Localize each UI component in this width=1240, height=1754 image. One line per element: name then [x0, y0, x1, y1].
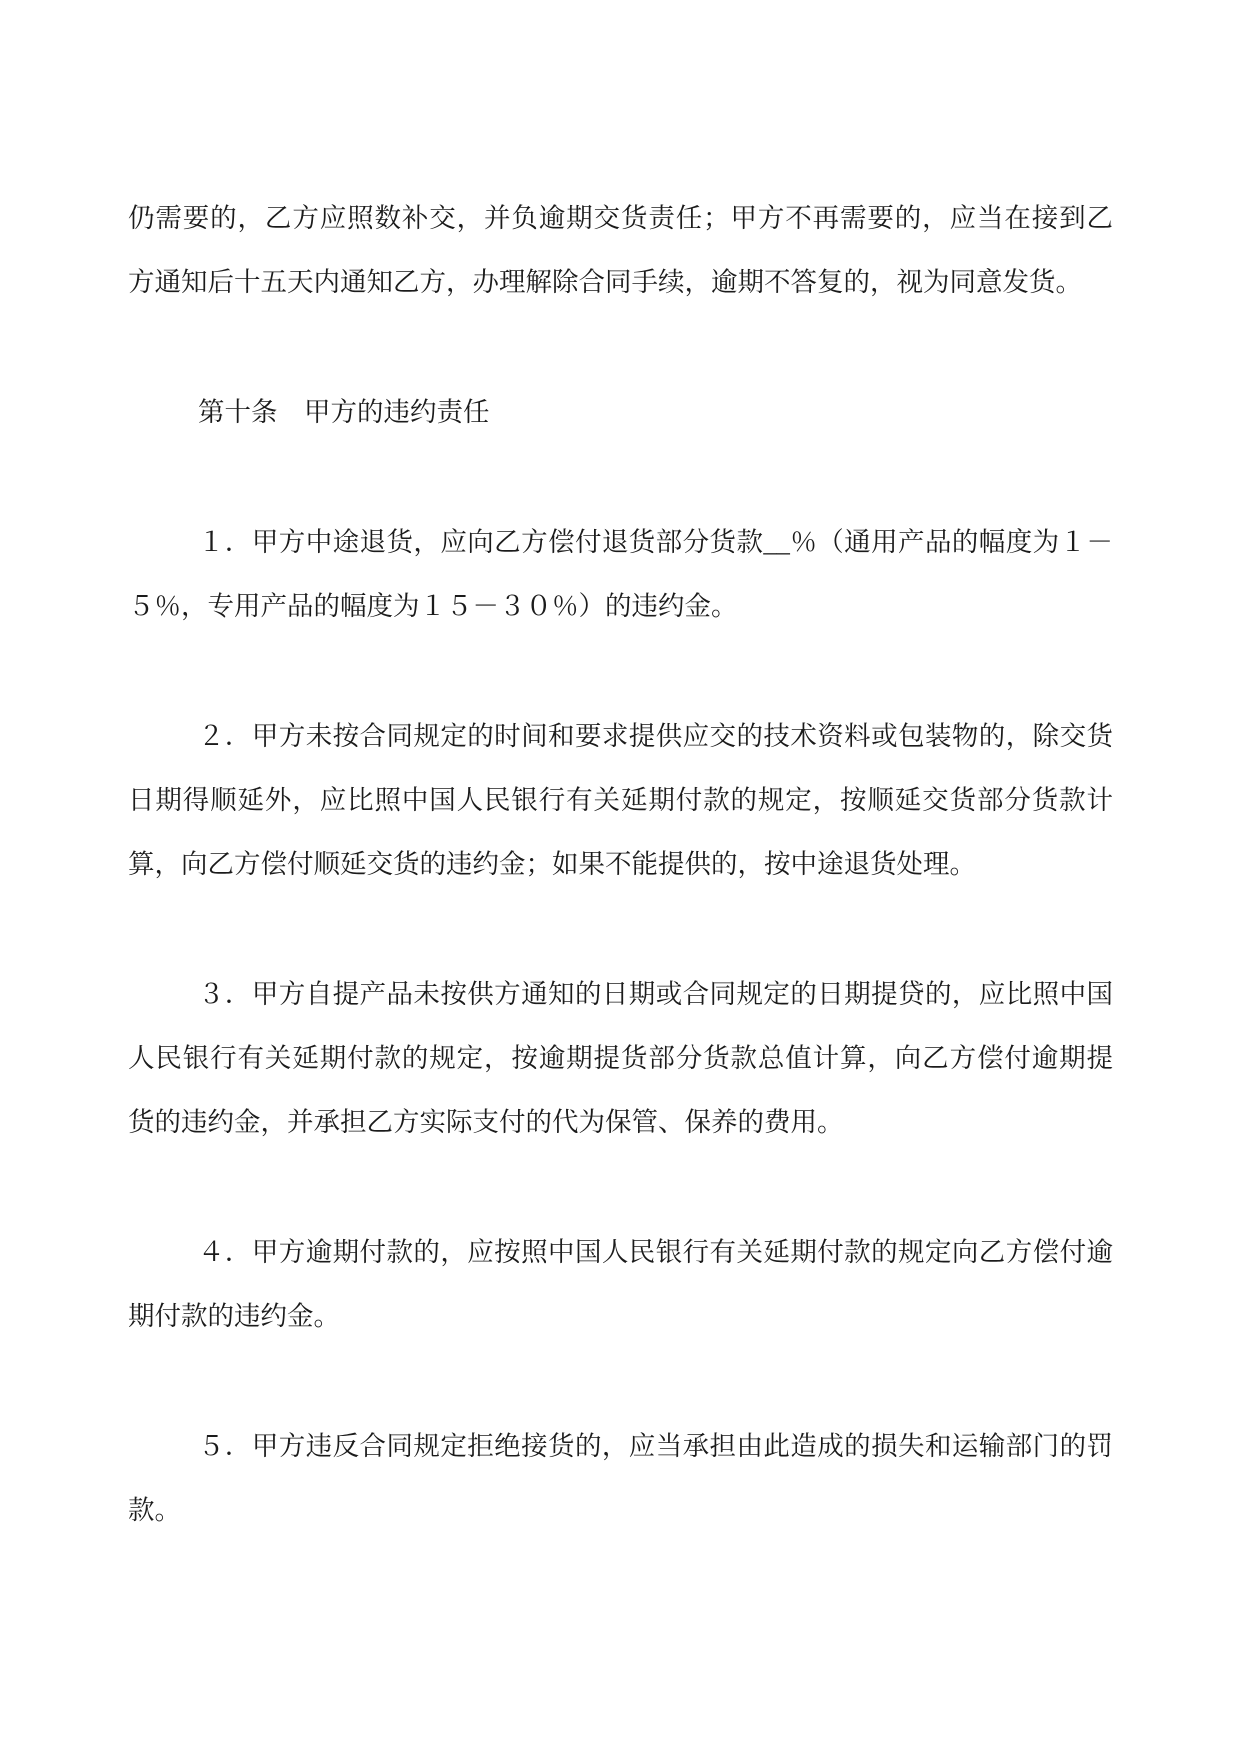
text-line: ２．甲方未按合同规定的时间和要求提供应交的技术资料或包装物的，除交货	[128, 704, 1113, 768]
text-line: 人民银行有关延期付款的规定，按逾期提货部分货款总值计算，向乙方偿付逾期提	[128, 1026, 1113, 1090]
text-line: 期付款的违约金。	[128, 1284, 1113, 1348]
text-line: 第十条 甲方的违约责任	[128, 380, 1113, 444]
clause-paragraph-4: ４．甲方逾期付款的，应按照中国人民银行有关延期付款的规定向乙方偿付逾期付款的违约…	[128, 1220, 1113, 1348]
clause-paragraph-1: １．甲方中途退货，应向乙方偿付退货部分货款__％（通用产品的幅度为１－５％，专用…	[128, 510, 1113, 638]
text-line: 算，向乙方偿付顺延交货的违约金；如果不能提供的，按中途退货处理。	[128, 832, 1113, 896]
text-line: 日期得顺延外，应比照中国人民银行有关延期付款的规定，按顺延交货部分货款计	[128, 768, 1113, 832]
clause-paragraph-5: ５．甲方违反合同规定拒绝接货的，应当承担由此造成的损失和运输部门的罚款。	[128, 1414, 1113, 1542]
text-line: 款。	[128, 1478, 1113, 1542]
clause-paragraph-3: ３．甲方自提产品未按供方通知的日期或合同规定的日期提贷的，应比照中国人民银行有关…	[128, 962, 1113, 1154]
text-line: 货的违约金，并承担乙方实际支付的代为保管、保养的费用。	[128, 1090, 1113, 1154]
text-line: 仍需要的，乙方应照数补交，并负逾期交货责任；甲方不再需要的，应当在接到乙	[128, 186, 1113, 250]
text-line: 方通知后十五天内通知乙方，办理解除合同手续，逾期不答复的，视为同意发货。	[128, 250, 1113, 314]
text-line: ３．甲方自提产品未按供方通知的日期或合同规定的日期提贷的，应比照中国	[128, 962, 1113, 1026]
section-heading: 第十条 甲方的违约责任	[128, 380, 1113, 444]
continuation-paragraph: 仍需要的，乙方应照数补交，并负逾期交货责任；甲方不再需要的，应当在接到乙方通知后…	[128, 186, 1113, 314]
text-line: ５％，专用产品的幅度为１５－３０％）的违约金。	[128, 574, 1113, 638]
text-line: ５．甲方违反合同规定拒绝接货的，应当承担由此造成的损失和运输部门的罚	[128, 1414, 1113, 1478]
contract-page: 仍需要的，乙方应照数补交，并负逾期交货责任；甲方不再需要的，应当在接到乙方通知后…	[0, 0, 1240, 1754]
text-line: ４．甲方逾期付款的，应按照中国人民银行有关延期付款的规定向乙方偿付逾	[128, 1220, 1113, 1284]
contract-body: 仍需要的，乙方应照数补交，并负逾期交货责任；甲方不再需要的，应当在接到乙方通知后…	[0, 0, 1240, 1542]
clause-paragraph-2: ２．甲方未按合同规定的时间和要求提供应交的技术资料或包装物的，除交货日期得顺延外…	[128, 704, 1113, 896]
clause-list: １．甲方中途退货，应向乙方偿付退货部分货款__％（通用产品的幅度为１－５％，专用…	[128, 510, 1113, 1542]
text-line: １．甲方中途退货，应向乙方偿付退货部分货款__％（通用产品的幅度为１－	[128, 510, 1113, 574]
